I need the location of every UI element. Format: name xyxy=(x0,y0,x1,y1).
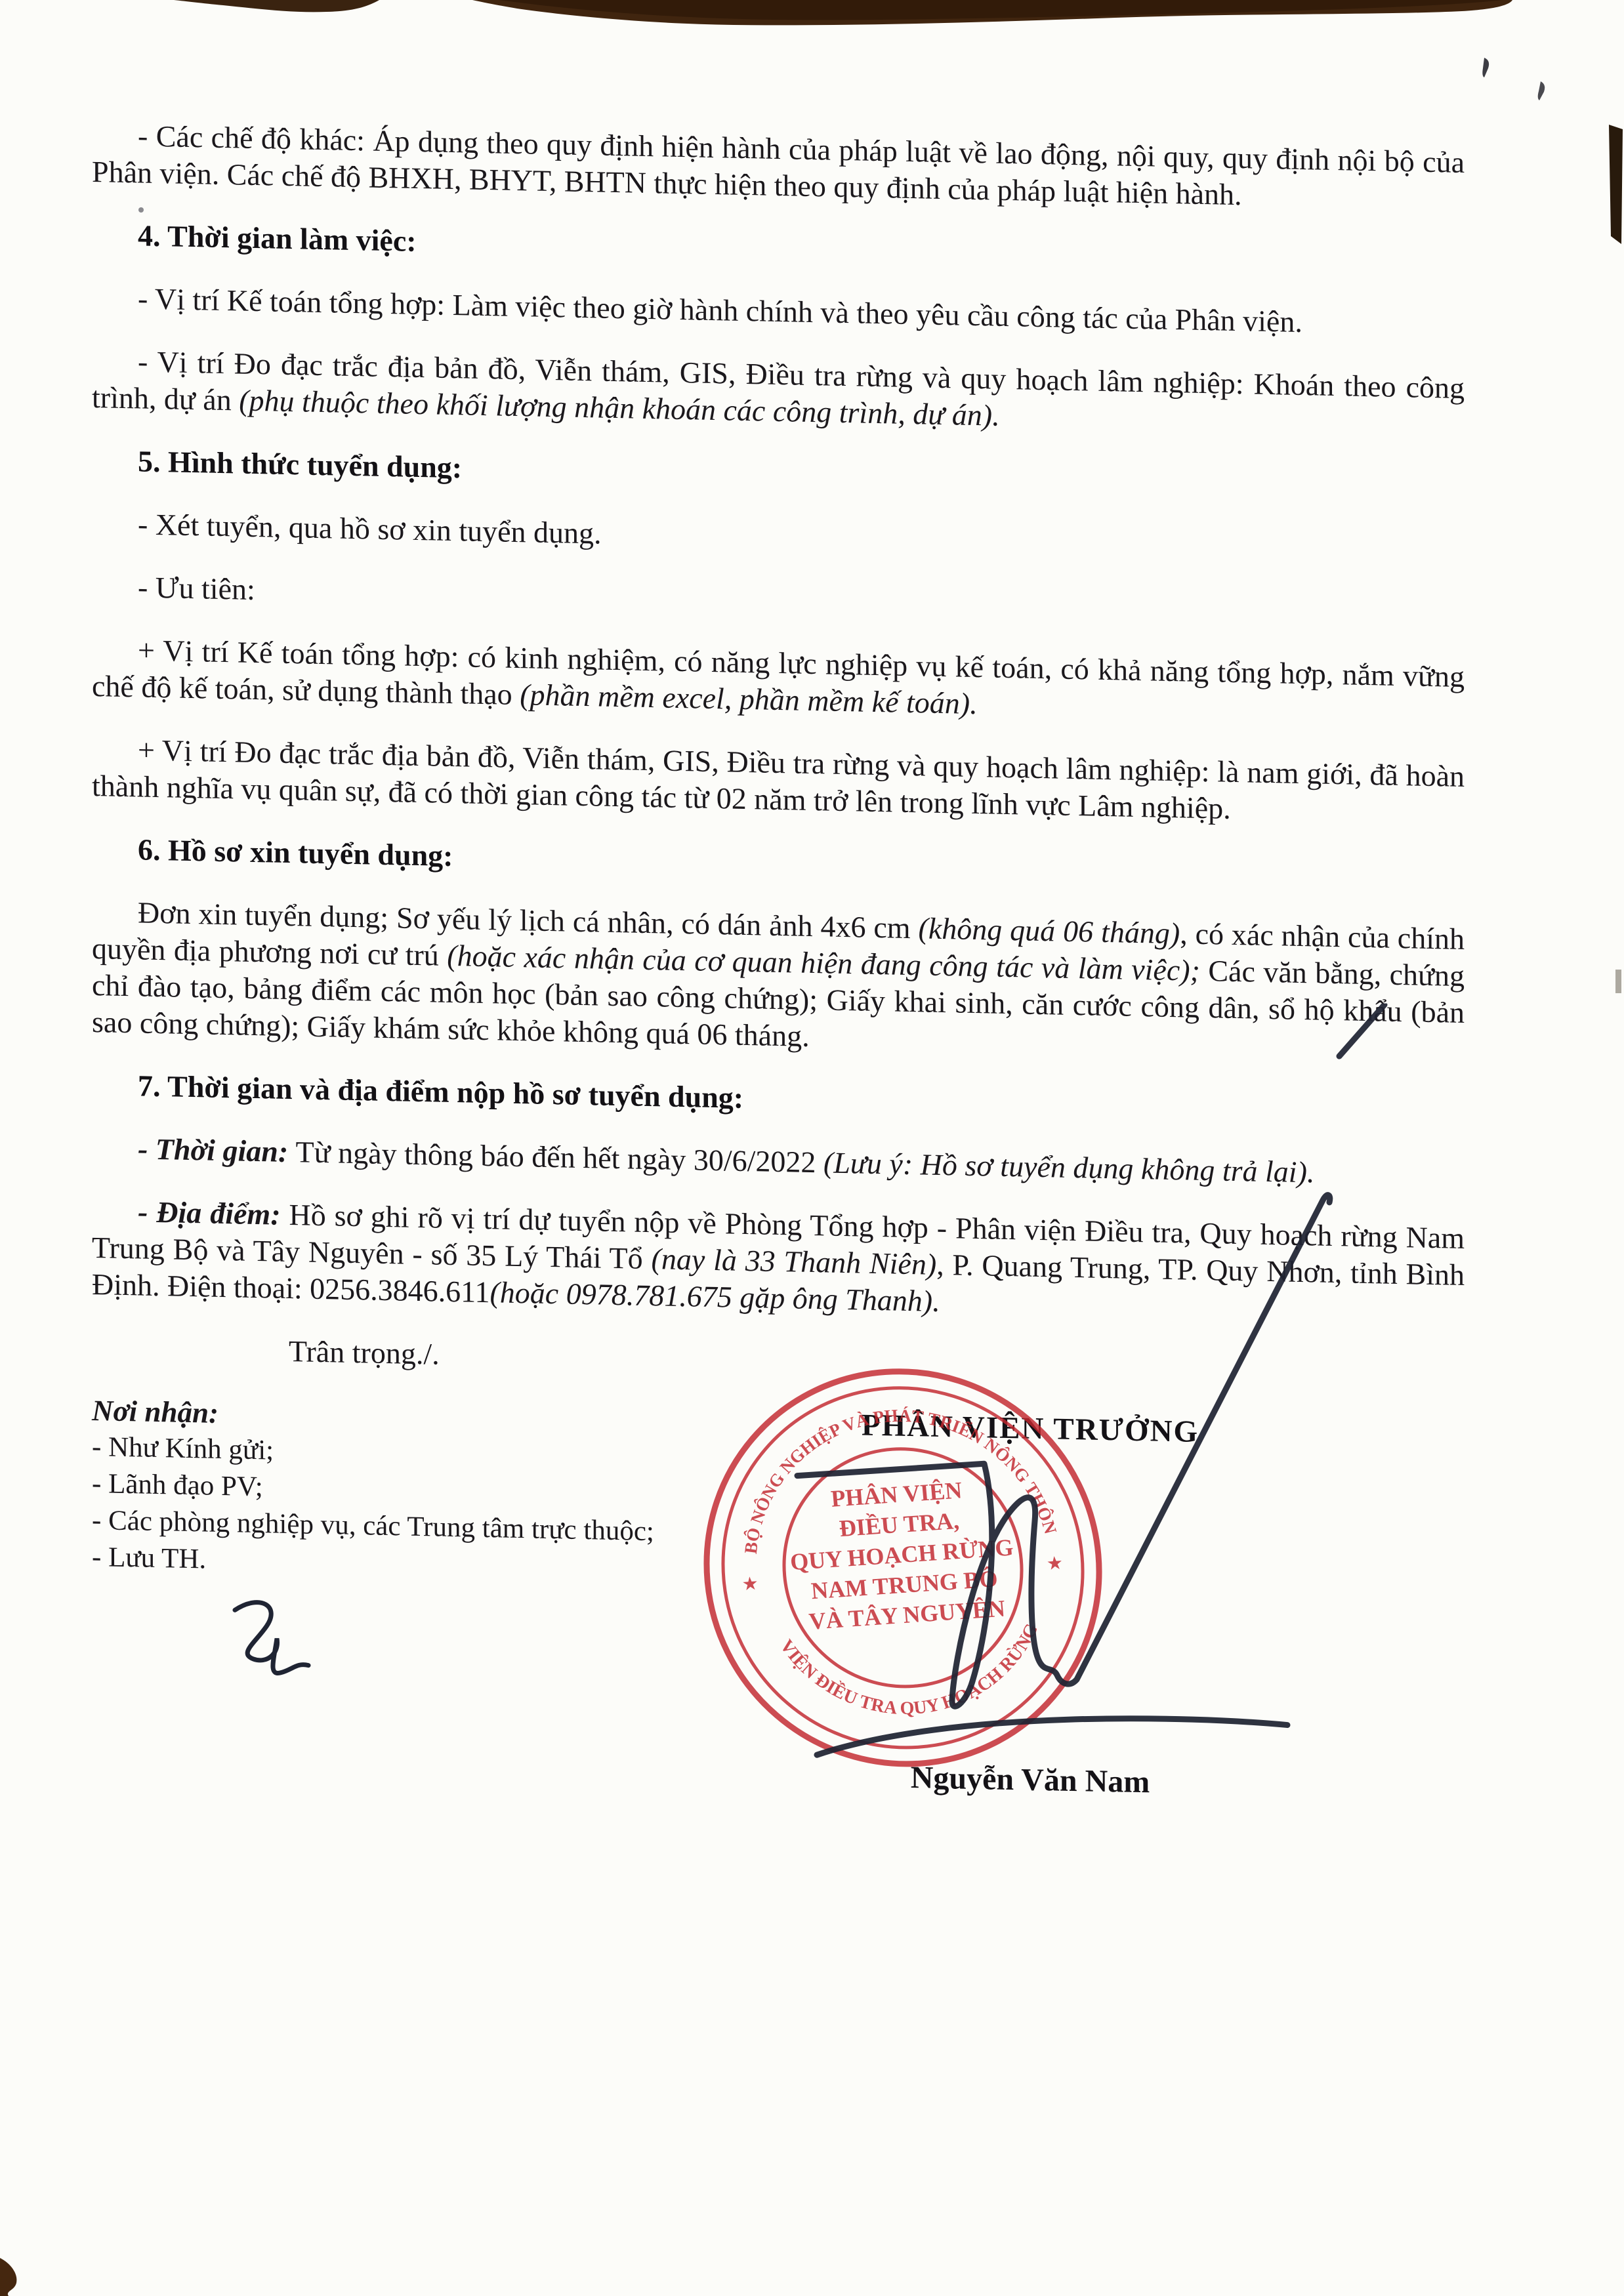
bottom-left-blob xyxy=(0,2258,16,2296)
text-segment: 5. Hình thức tuyển dụng: xyxy=(138,444,462,484)
torn-edge-strip xyxy=(472,0,1512,25)
text-segment: Trân trọng./. xyxy=(289,1334,440,1371)
paragraph: - Ưu tiên: xyxy=(92,568,1465,632)
text-segment: + Vị trí Đo đạc trắc địa bản đồ, Viễn th… xyxy=(92,733,1465,825)
paragraph: - Xét tuyển, qua hồ sơ xin tuyển dụng. xyxy=(92,505,1465,569)
text-segment: - Vị trí Kế toán tổng hợp: Làm việc theo… xyxy=(138,281,1302,338)
signature-scribble xyxy=(722,990,1476,1858)
section-heading: 5. Hình thức tuyển dụng: xyxy=(92,442,1465,506)
recipients-block: Nơi nhận: - Như Kính gửi;- Lãnh đạo PV;-… xyxy=(92,1392,738,1589)
speck-apostrophe-2 xyxy=(1538,81,1545,100)
right-edge-mark xyxy=(1609,125,1623,244)
text-segment: - Xét tuyển, qua hồ sơ xin tuyển dụng. xyxy=(138,507,602,550)
text-segment: - Ưu tiên: xyxy=(138,570,255,606)
paragraph: - Vị trí Kế toán tổng hợp: Làm việc theo… xyxy=(92,279,1465,344)
signature-row: Nơi nhận: - Như Kính gửi;- Lãnh đạo PV;-… xyxy=(92,1392,1465,2049)
paragraph: + Vị trí Đo đạc trắc địa bản đồ, Viễn th… xyxy=(92,731,1465,832)
text-segment: 7. Thời gian và địa điểm nộp hồ sơ tuyển… xyxy=(138,1069,743,1115)
speck-apostrophe-1 xyxy=(1482,58,1489,77)
torn-edge-blob-left xyxy=(174,0,379,12)
text-segment: - Địa điểm: xyxy=(138,1195,289,1231)
scanned-document-page: - Các chế độ khác: Áp dụng theo quy định… xyxy=(0,0,1624,2296)
text-segment: - Các chế độ khác: Áp dụng theo quy định… xyxy=(92,119,1465,211)
text-segment: (phần mềm excel, phần mềm kế toán). xyxy=(520,678,977,720)
signer-block: PHÂN VIỆN TRƯỞNG BỘ NÔNG NGHIỆP VÀ PHÁT … xyxy=(699,1404,1362,1453)
paragraph: + Vị trí Kế toán tổng hợp: có kinh nghiệ… xyxy=(92,631,1465,732)
paragraph: - Các chế độ khác: Áp dụng theo quy định… xyxy=(92,117,1465,218)
text-segment: 6. Hồ sơ xin tuyển dụng: xyxy=(138,832,453,872)
section-heading: 4. Thời gian làm việc: xyxy=(92,216,1465,281)
text-segment: 4. Thời gian làm việc: xyxy=(138,218,417,258)
text-segment: - Thời gian: xyxy=(138,1132,296,1168)
paragraph: - Vị trí Đo đạc trắc địa bản đồ, Viễn th… xyxy=(92,342,1465,443)
torn-edge-strip-core xyxy=(499,0,1503,20)
initials-scribble xyxy=(217,1591,322,1692)
recipients-list: - Như Kính gửi;- Lãnh đạo PV;- Các phòng… xyxy=(92,1429,738,1589)
section-heading: 6. Hồ sơ xin tuyển dụng: xyxy=(92,830,1465,895)
text-segment: (không quá 06 tháng) xyxy=(919,911,1180,950)
letter-content: - Các chế độ khác: Áp dụng theo quy định… xyxy=(92,117,1465,2049)
right-edge-faint-mark xyxy=(1615,970,1621,993)
